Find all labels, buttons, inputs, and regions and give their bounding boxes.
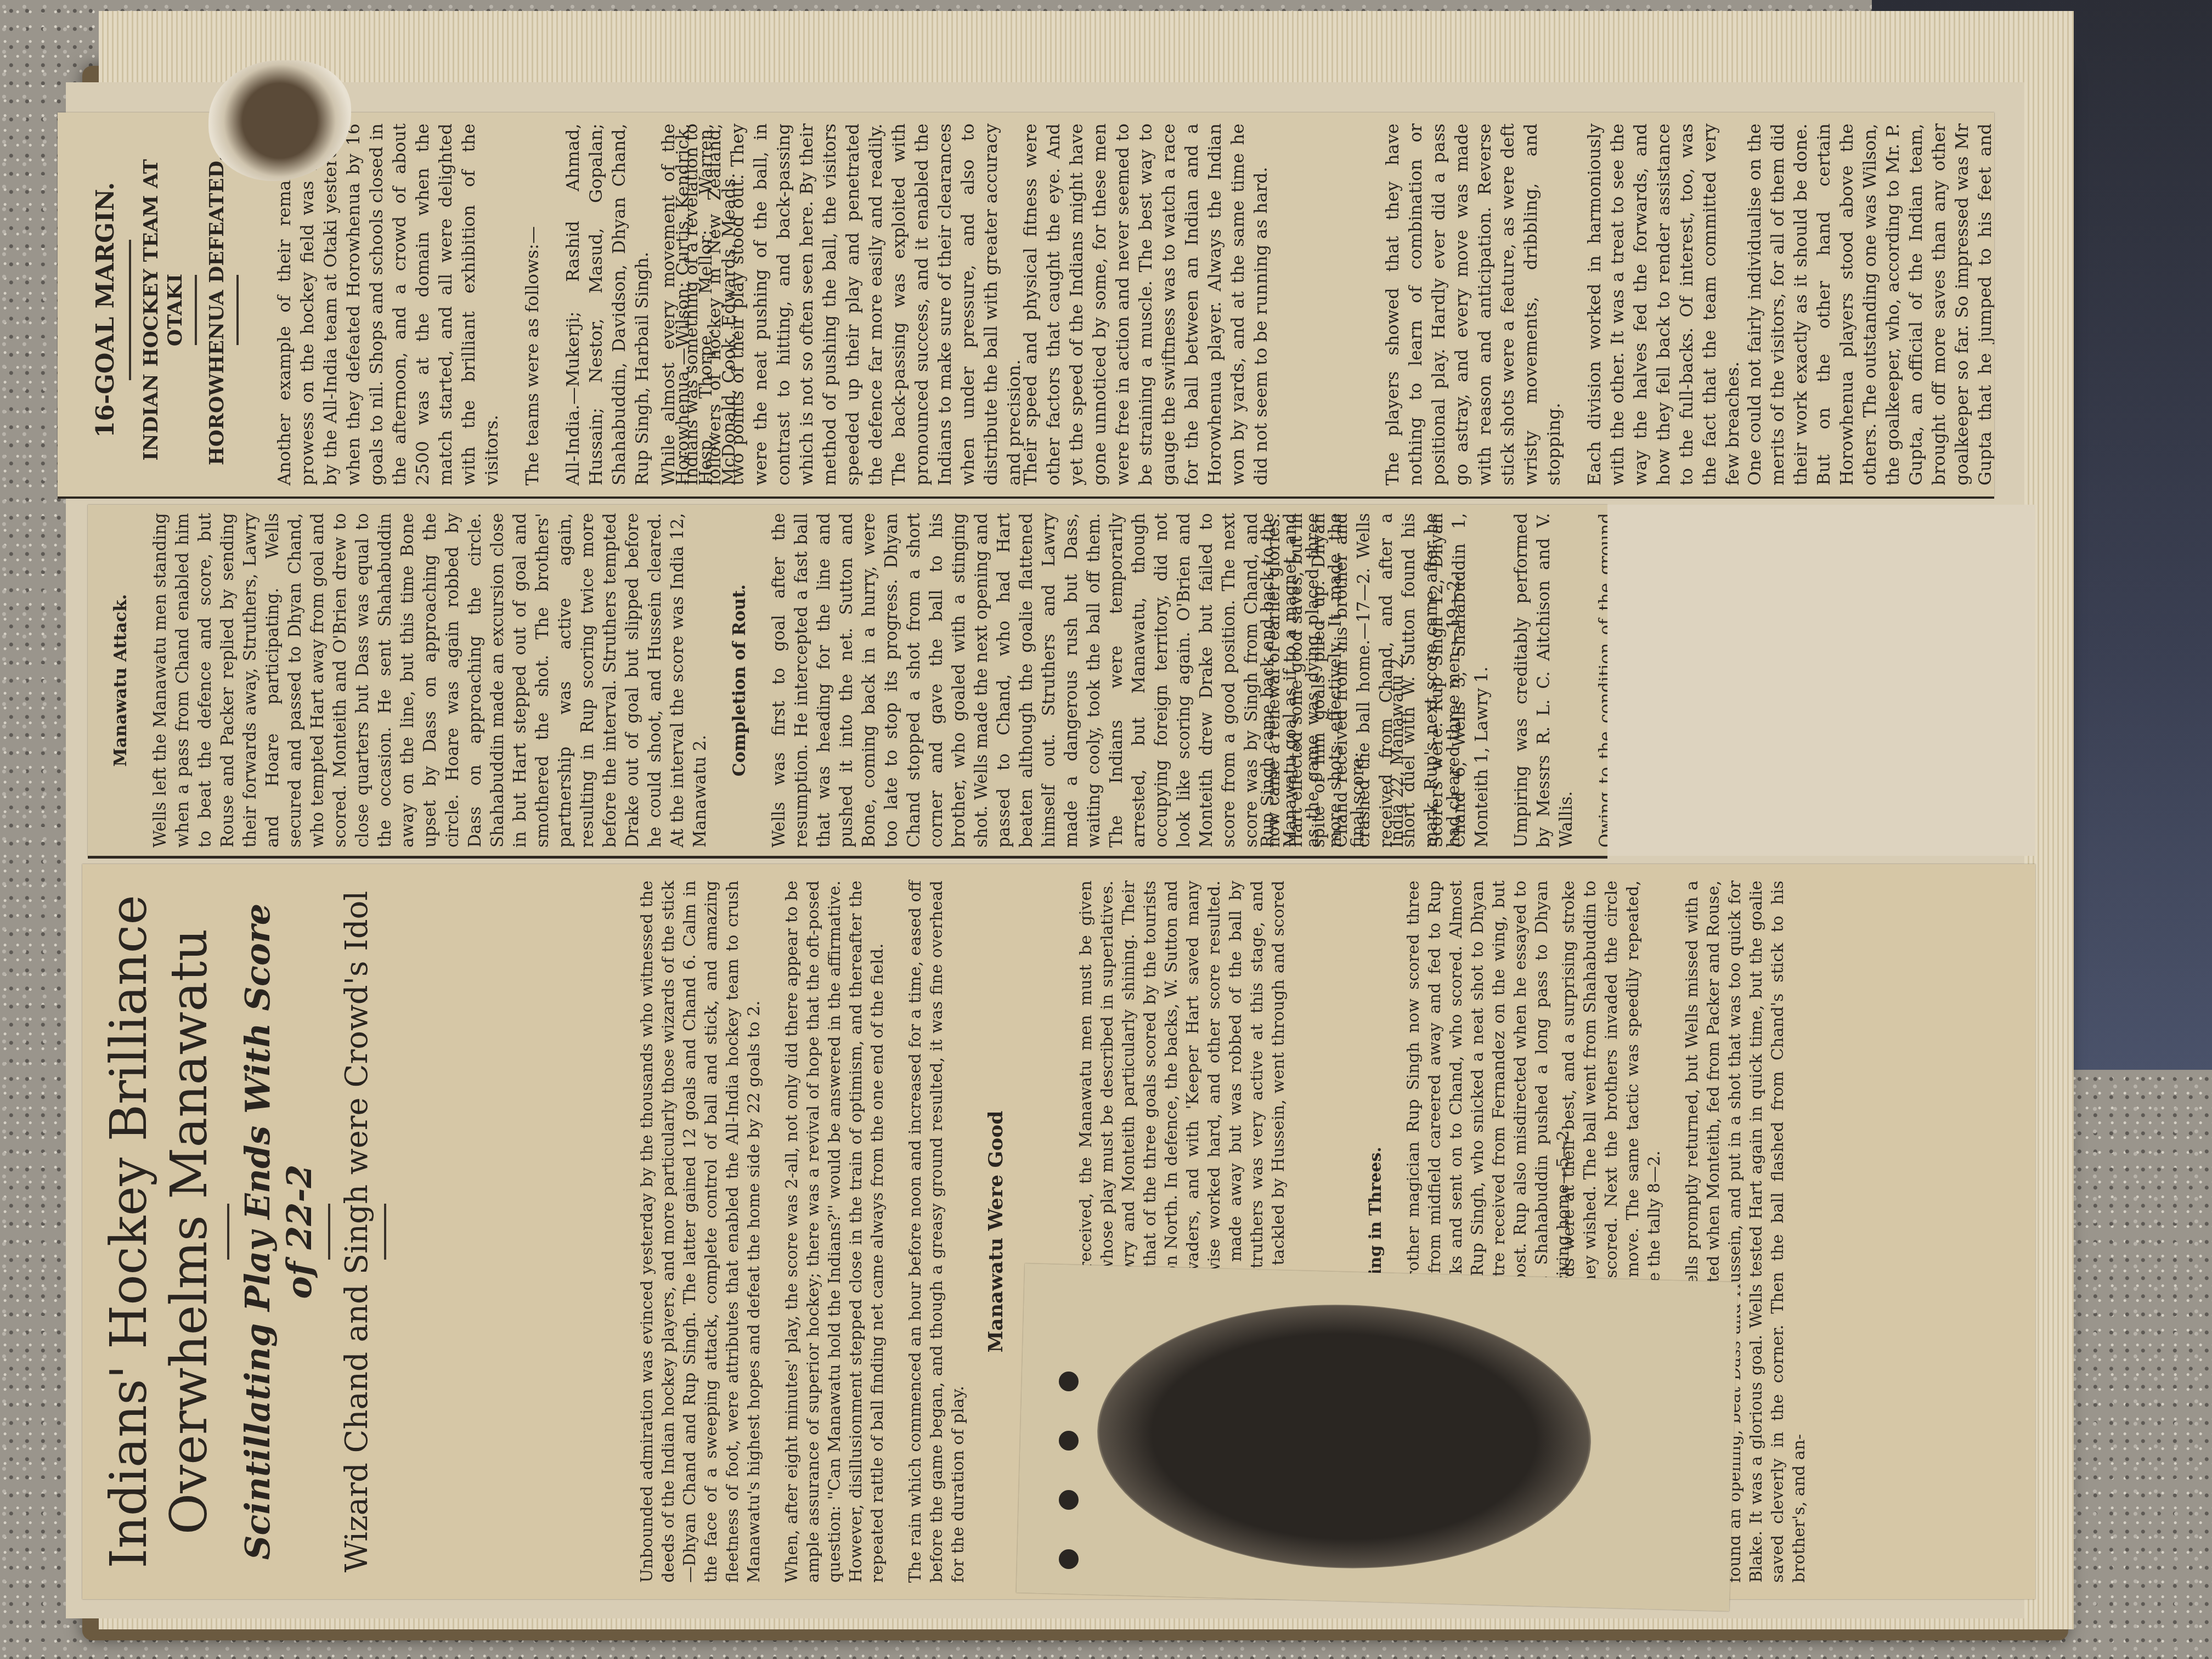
umpiring: Umpiring was creditably performed by Mes…	[1510, 513, 1578, 848]
paragraph: While almost every movement of the India…	[657, 123, 1025, 486]
dot-column	[1059, 1372, 1081, 1569]
column-rule	[58, 496, 1994, 499]
final-score: India 22, Manawatu 2.	[1386, 513, 1409, 848]
main-headline: Indians' Hockey Brilliance Overwhelms Ma…	[99, 881, 219, 1583]
column-rule	[88, 856, 1607, 859]
subhead-wizard-chand-and-singh: Wizard Chand and Singh were Crowd's Idol	[338, 881, 376, 1583]
headline-16-goal-margin: 16-GOAL MARGIN.	[91, 134, 121, 486]
paragraph: Wells left the Manawatu men standing whe…	[149, 513, 712, 848]
paragraph: Rup Singh came back and back to the Mana…	[1257, 513, 1369, 848]
section-title-completion-of-rout: Completion of Rout.	[729, 513, 751, 848]
blank-page-area	[1607, 505, 2035, 856]
clipping-16-goal-margin: 16-GOAL MARGIN. INDIAN HOCKEY TEAM AT OT…	[58, 112, 1994, 496]
section-title-manawatu-were-good: Manawatu Were Good	[985, 881, 1007, 1583]
paragraph: Their speed and physical fitness were ot…	[1019, 123, 1272, 486]
section-title-manawatu-attack: Manawatu Attack.	[110, 513, 132, 848]
subhead-horowhenua-defeated: HOROWHENUA DEFEATED.	[205, 134, 229, 486]
halftone-portrait	[1094, 1299, 1594, 1575]
paragraph: Owing to the condition of the ground the…	[1595, 513, 1607, 848]
paragraph: Each division worked in harmoniously wit…	[1583, 123, 1744, 486]
clipping-manawatu-attack: Manawatu Attack. Wells left the Manawatu…	[88, 505, 1607, 856]
lead-paragraph: Unbounded admiration was evinced yesterd…	[636, 881, 765, 1583]
paragraph: The players showed that they have nothin…	[1381, 123, 1565, 486]
paragraph: One could not fairly individualise on th…	[1743, 123, 1994, 486]
subhead-scintillating-play: Scintillating Play Ends With Score of 22…	[237, 881, 320, 1583]
scorers: Scorers were: Rup Singh 12, Dhyan Chand …	[1426, 513, 1493, 848]
subhead-indian-hockey-team-at-otaki: INDIAN HOCKEY TEAM AT OTAKI	[139, 134, 187, 486]
clipping-photo	[1016, 1263, 1737, 1611]
paragraph: The teams were as follows:—	[521, 123, 544, 486]
paragraph: When, after eight minutes' play, the sco…	[781, 881, 888, 1583]
paragraph: Another example of their remarkable prow…	[273, 123, 503, 486]
paragraph: The rain which commenced an hour before …	[905, 881, 969, 1583]
